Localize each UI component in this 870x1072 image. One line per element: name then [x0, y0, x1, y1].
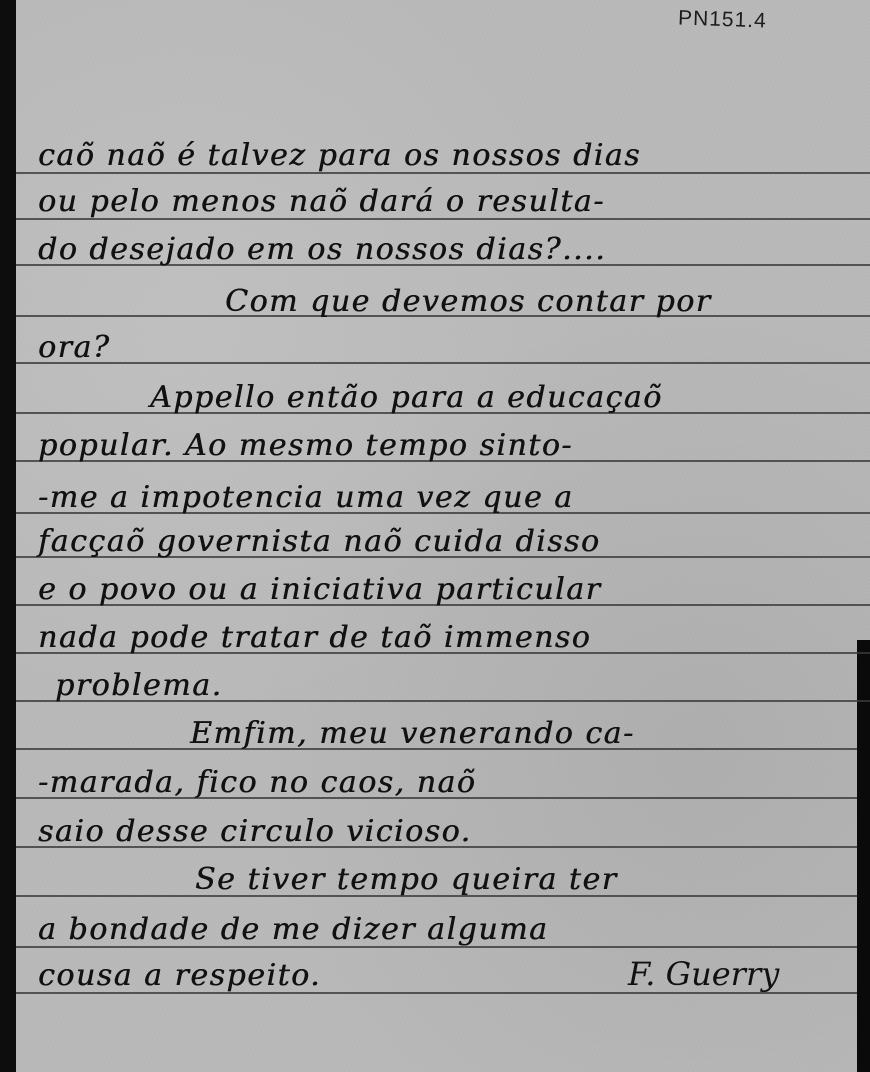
- text-line: problema.: [55, 668, 223, 703]
- text-line: ora?: [38, 330, 110, 365]
- text-line: do desejado em os nossos dias?....: [38, 232, 606, 267]
- text-line: -me a impotencia uma vez que a: [38, 480, 574, 515]
- signature: F. Guerry: [628, 955, 779, 993]
- text-line: popular. Ao mesmo tempo sinto-: [38, 428, 573, 463]
- text-line: -marada, fico no caos, naõ: [38, 765, 476, 800]
- text-line: cousa a respeito.: [38, 958, 321, 993]
- text-line: Com que devemos contar por: [225, 284, 712, 319]
- rule-line: [16, 362, 870, 364]
- text-line: Emfim, meu venerando ca-: [190, 716, 635, 751]
- text-line: e o povo ou a iniciativa particular: [38, 572, 601, 607]
- scan-left-border: [0, 0, 16, 1072]
- text-line: nada pode tratar de taõ immenso: [38, 620, 591, 655]
- text-line: Appello então para a educaçaõ: [150, 380, 663, 415]
- text-line: facçaõ governista naõ cuida disso: [38, 524, 600, 559]
- text-line: caõ naõ é talvez para os nossos dias: [38, 138, 641, 173]
- text-line: ou pelo menos naõ dará o resulta-: [38, 184, 605, 219]
- text-line: Se tiver tempo queira ter: [195, 862, 617, 897]
- text-line: saio desse circulo vicioso.: [38, 814, 472, 849]
- text-line: a bondade de me dizer alguma: [38, 912, 548, 947]
